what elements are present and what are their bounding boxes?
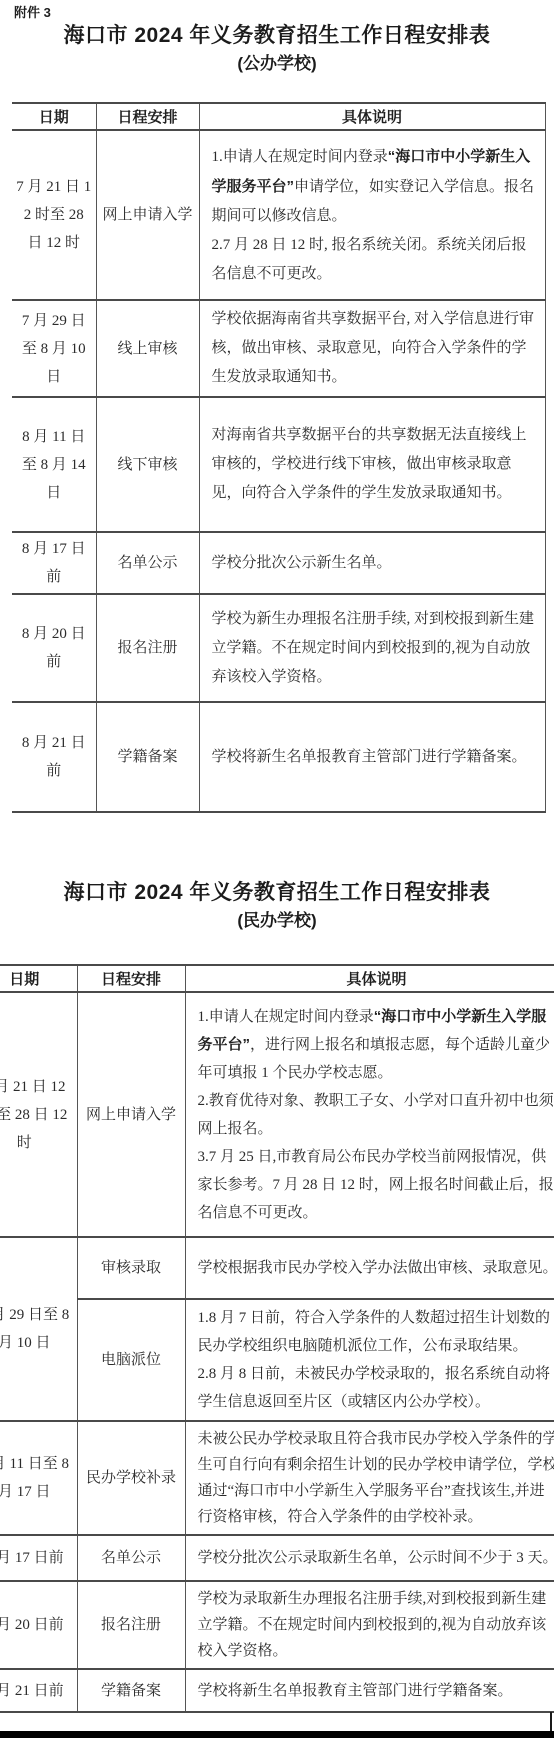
table-row: 8 月 11 日至 8 月 17 日 民办学校补录 未被公民办学校录取且符合我市… — [0, 1421, 554, 1535]
table-row: 7 月 29 日至 8 月 10 日 线上审核 学校依据海南省共享数据平台, 对… — [12, 300, 545, 397]
column-header-schedule: 日程安排 — [96, 103, 199, 130]
date-cell: 7 月 29 日至 8 月 10 日 — [12, 300, 96, 397]
column-header-date: 日期 — [0, 965, 77, 992]
table-row: 8 月 11 日至 8 月 14 日 线下审核 对海南省共享数据平台的共享数据无… — [12, 397, 545, 532]
detail-cell: 未被公民办学校录取且符合我市民办学校入学条件的学生可自行向有剩余招生计划的民办学… — [185, 1421, 554, 1535]
detail-cell: 学校分批次公示录取新生名单，公示时间不少于 3 天。 — [185, 1535, 554, 1581]
table-row: 电脑派位 1.8 月 7 日前，符合入学条件的人数超过招生计划数的民办学校组织电… — [0, 1299, 554, 1421]
date-cell: 7 月 21 日 12 时至 28 日 12 时 — [0, 992, 77, 1237]
date-cell: 7 月 21 日 12 时至 28 日 12 时 — [12, 130, 96, 300]
detail-cell: 1.8 月 7 日前，符合入学条件的人数超过招生计划数的民办学校组织电脑随机派位… — [185, 1299, 554, 1421]
date-cell: 8 月 21 日前 — [0, 1669, 77, 1712]
document-page: 附件 3 海口市 2024 年义务教育招生工作日程安排表 (公办学校) 日期 日… — [0, 0, 554, 1713]
table-row: 8 月 20 日前 报名注册 学校为新生办理报名注册手续, 对到校报到新生建立学… — [12, 594, 545, 702]
detail-paragraph: 1.申请人在规定时间内登录“海口市中小学新生入学服务平台”申请学位，如实登记入学… — [212, 142, 537, 231]
table-row: 7 月 21 日 12 时至 28 日 12 时 网上申请入学 1.申请人在规定… — [12, 130, 545, 300]
column-header-detail: 具体说明 — [185, 965, 554, 992]
date-cell: 7 月 29 日至 8 月 10 日 — [0, 1237, 77, 1421]
schedule-cell: 审核录取 — [77, 1237, 185, 1299]
schedule-cell: 报名注册 — [96, 594, 199, 702]
detail-cell: 对海南省共享数据平台的共享数据无法直接线上审核的，学校进行线下审核，做出审核录取… — [199, 397, 545, 532]
scan-bottom-bar — [0, 1731, 554, 1738]
public-schedule-table: 日期 日程安排 具体说明 7 月 21 日 12 时至 28 日 12 时 网上… — [12, 102, 546, 813]
private-table-subtitle: (民办学校) — [0, 909, 554, 935]
schedule-cell: 网上申请入学 — [77, 992, 185, 1237]
table-row: 7 月 29 日至 8 月 10 日 审核录取 学校根据我市民办学校入学办法做出… — [0, 1237, 554, 1299]
private-table-clip-region: 日期 日程安排 具体说明 7 月 21 日 12 时至 28 日 12 时 网上… — [0, 964, 554, 1713]
schedule-cell: 民办学校补录 — [77, 1421, 185, 1535]
date-cell: 8 月 20 日前 — [12, 594, 96, 702]
column-header-detail: 具体说明 — [199, 103, 545, 130]
attachment-label: 附件 3 — [0, 0, 554, 20]
detail-paragraph: 3.7 月 25 日,市教育局公布民办学校当前网报情况，供家长参考。7 月 28… — [198, 1143, 554, 1227]
public-table-subtitle: (公办学校) — [0, 52, 554, 78]
schedule-cell: 网上申请入学 — [96, 130, 199, 300]
table-row: 8 月 17 日前 名单公示 学校分批次公示录取新生名单，公示时间不少于 3 天… — [0, 1535, 554, 1581]
date-cell: 8 月 17 日前 — [12, 532, 96, 594]
detail-paragraph: 2.教育优待对象、教职工子女、小学对口直升初中也须网上报名。 — [198, 1087, 554, 1143]
detail-cell: 学校将新生名单报教育主管部门进行学籍备案。 — [199, 702, 545, 812]
detail-cell: 学校分批次公示新生名单。 — [199, 532, 545, 594]
schedule-cell: 线下审核 — [96, 397, 199, 532]
private-schedule-table: 日期 日程安排 具体说明 7 月 21 日 12 时至 28 日 12 时 网上… — [0, 964, 554, 1713]
detail-paragraph: 2.7 月 28 日 12 时, 报名系统关闭。系统关闭后报名信息不可更改。 — [212, 231, 537, 289]
detail-cell: 学校根据我市民办学校入学办法做出审核、录取意见。 — [185, 1237, 554, 1299]
schedule-cell: 报名注册 — [77, 1581, 185, 1669]
schedule-cell: 名单公示 — [77, 1535, 185, 1581]
private-table-title: 海口市 2024 年义务教育招生工作日程安排表 — [0, 877, 554, 909]
public-table-title: 海口市 2024 年义务教育招生工作日程安排表 — [0, 20, 554, 52]
detail-cell: 学校依据海南省共享数据平台, 对入学信息进行审核，做出审核、录取意见，向符合入学… — [199, 300, 545, 397]
date-cell: 8 月 17 日前 — [0, 1535, 77, 1581]
table-header-row: 日期 日程安排 具体说明 — [0, 965, 554, 992]
column-header-date: 日期 — [12, 103, 96, 130]
date-cell: 8 月 11 日至 8 月 14 日 — [12, 397, 96, 532]
detail-paragraph: 2.8 月 8 日前，未被民办学校录取的，报名系统自动将学生信息返回至片区（或辖… — [198, 1360, 554, 1416]
detail-cell: 1.申请人在规定时间内登录“海口市中小学新生入学服务平台”申请学位，如实登记入学… — [199, 130, 545, 300]
schedule-cell: 线上审核 — [96, 300, 199, 397]
detail-cell: 1.申请人在规定时间内登录“海口市中小学新生入学服务平台”，进行网上报名和填报志… — [185, 992, 554, 1237]
detail-cell: 学校为录取新生办理报名注册手续,对到校报到新生建立学籍。不在规定时间内到校报到的… — [185, 1581, 554, 1669]
schedule-cell: 学籍备案 — [96, 702, 199, 812]
detail-text-segment: ，进行网上报名和填报志愿，每个适龄儿童少年可填报 1 个民办学校志愿。 — [198, 1037, 551, 1081]
detail-paragraph: 1.8 月 7 日前，符合入学条件的人数超过招生计划数的民办学校组织电脑随机派位… — [198, 1304, 554, 1360]
date-cell: 8 月 11 日至 8 月 17 日 — [0, 1421, 77, 1535]
detail-cell: 学校将新生名单报教育主管部门进行学籍备案。 — [185, 1669, 554, 1712]
table-row: 8 月 21 日前 学籍备案 学校将新生名单报教育主管部门进行学籍备案。 — [12, 702, 545, 812]
detail-text-segment: 1.申请人在规定时间内登录 — [198, 1009, 374, 1025]
table-row: 7 月 21 日 12 时至 28 日 12 时 网上申请入学 1.申请人在规定… — [0, 992, 554, 1237]
table-header-row: 日期 日程安排 具体说明 — [12, 103, 545, 130]
table-row: 8 月 20 日前 报名注册 学校为录取新生办理报名注册手续,对到校报到新生建立… — [0, 1581, 554, 1669]
schedule-cell: 电脑派位 — [77, 1299, 185, 1421]
date-cell: 8 月 21 日前 — [12, 702, 96, 812]
date-cell: 8 月 20 日前 — [0, 1581, 77, 1669]
table-row: 8 月 17 日前 名单公示 学校分批次公示新生名单。 — [12, 532, 545, 594]
column-header-schedule: 日程安排 — [77, 965, 185, 992]
table-row: 8 月 21 日前 学籍备案 学校将新生名单报教育主管部门进行学籍备案。 — [0, 1669, 554, 1712]
detail-text-segment: 1.申请人在规定时间内登录 — [212, 149, 388, 165]
scan-edge-artifact — [550, 1712, 552, 1731]
detail-paragraph: 1.申请人在规定时间内登录“海口市中小学新生入学服务平台”，进行网上报名和填报志… — [198, 1003, 554, 1087]
schedule-cell: 学籍备案 — [77, 1669, 185, 1712]
detail-cell: 学校为新生办理报名注册手续, 对到校报到新生建立学籍。不在规定时间内到校报到的,… — [199, 594, 545, 702]
schedule-cell: 名单公示 — [96, 532, 199, 594]
